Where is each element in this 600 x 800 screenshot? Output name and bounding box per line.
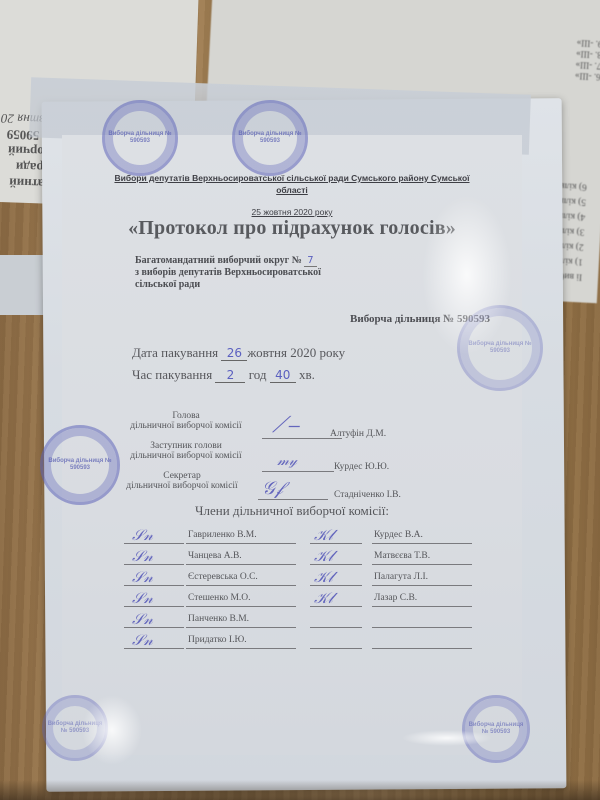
member-name: Палагута Л.І. <box>374 572 428 582</box>
role-title: Голова <box>106 411 266 421</box>
member-name: Чанцева А.В. <box>188 551 242 561</box>
bg-side-item: 6. -Ш» <box>575 70 600 82</box>
member-signature: 𝒦𝓁 <box>314 568 333 586</box>
election-date: 25 жовтня 2020 року <box>62 207 522 217</box>
role-subtitle: дільничної виборчої комісії <box>102 481 262 491</box>
member-signature: 𝒮𝓃 <box>132 547 153 565</box>
member-name: Гавриленко В.М. <box>188 530 257 540</box>
name-line <box>186 585 296 586</box>
protocol-cover-page: Вибори депутатів Верхньосироватської сіл… <box>62 135 522 755</box>
district-line2: з виборів депутатів Верхньосироватської <box>135 267 321 279</box>
signature-deputy: 𝓂𝓎 <box>277 453 297 469</box>
stamp-text: Виборча дільниця № 590593 <box>45 721 105 735</box>
member-name: Придатко І.Ю. <box>188 635 247 645</box>
packing-time-label: Час пакування <box>132 367 212 382</box>
members-title: Члени дільничної виборчої комісії: <box>62 503 522 519</box>
official-name-chair: Алтуфін Д.М. <box>330 429 386 439</box>
desk-shadow <box>0 780 600 800</box>
bg-right-side-list: 6. -Ш» 7. -Ш» 8. -Ш» 9. -Ш» <box>575 37 600 82</box>
official-stamp: Виборча дільниця № 590593 <box>40 425 120 505</box>
packing-date-day: 26 <box>221 346 247 361</box>
name-line <box>372 543 472 544</box>
name-line <box>186 627 296 628</box>
official-role-chair: Голова дільничної виборчої комісії <box>106 411 266 431</box>
name-line <box>372 648 472 649</box>
official-role-deputy: Заступник голови дільничної виборчої ком… <box>106 441 266 461</box>
official-name-deputy: Курдес Ю.Ю. <box>334 462 389 472</box>
stamp-text: Виборча дільниця № 590593 <box>460 341 540 355</box>
packing-minutes: 40 <box>270 368 296 383</box>
member-signature: 𝒮𝓃 <box>132 610 153 628</box>
name-line <box>372 585 472 586</box>
packing-date-rest: жовтня 2020 року <box>247 345 345 360</box>
official-role-secretary: Секретар дільничної виборчої комісії <box>102 471 262 491</box>
signature-line <box>258 499 328 500</box>
district-block: Багатомандатний виборчий округ № 7 з виб… <box>135 255 321 291</box>
official-stamp: Виборча дільниця № 590593 <box>42 695 108 761</box>
signature-line <box>310 627 362 628</box>
official-name-secretary: Стадніченко І.В. <box>334 490 401 500</box>
role-subtitle: дільничної виборчої комісії <box>106 451 266 461</box>
district-number: 7 <box>304 255 316 267</box>
role-title: Секретар <box>102 471 262 481</box>
official-stamp: Виборча дільниця № 590593 <box>462 695 530 763</box>
role-title: Заступник голови <box>106 441 266 451</box>
member-signature: 𝒦𝓁 <box>314 526 333 544</box>
member-signature: 𝒮𝓃 <box>132 589 153 607</box>
document-title: «Протокол про підрахунок голосів» <box>62 217 522 240</box>
name-line <box>372 564 472 565</box>
name-line <box>186 606 296 607</box>
stamp-text: Виборча дільниця № 590593 <box>105 131 175 145</box>
name-line <box>186 648 296 649</box>
official-stamp: Виборча дільниця № 590593 <box>457 305 543 391</box>
member-name: Матвєєва Т.В. <box>374 551 430 561</box>
member-signature: 𝒦𝓁 <box>314 589 333 607</box>
packing-minutes-unit: хв. <box>299 367 315 382</box>
signature-line <box>262 471 334 472</box>
packing-time: Час пакування 2 год 40 хв. <box>132 367 315 383</box>
member-signature: 𝒮𝓃 <box>132 568 153 586</box>
member-name: Єстеревська О.С. <box>188 572 258 582</box>
member-signature: 𝒮𝓃 <box>132 631 153 649</box>
signature-chair: ⟋⎯ <box>272 413 298 438</box>
role-subtitle: дільничної виборчої комісії <box>106 421 266 431</box>
packing-hours: 2 <box>215 368 245 383</box>
district-label: Багатомандатний виборчий округ № <box>135 255 302 266</box>
official-stamp: Виборча дільниця № 590593 <box>102 100 178 176</box>
bg-side-item: 9. -Ш» <box>577 37 600 49</box>
district-line3: сільської ради <box>135 279 321 291</box>
signature-line <box>310 648 362 649</box>
signature-secretary: 𝒢𝒻 <box>262 478 283 499</box>
packing-date-label: Дата пакування <box>132 345 218 360</box>
packing-hours-unit: год <box>249 367 267 382</box>
member-name: Курдес В.А. <box>374 530 423 540</box>
stamp-text: Виборча дільниця № 590593 <box>235 131 305 145</box>
member-name: Панченко В.М. <box>188 614 249 624</box>
name-line <box>372 627 472 628</box>
name-line <box>186 543 296 544</box>
member-signature: 𝒦𝓁 <box>314 547 333 565</box>
name-line <box>186 564 296 565</box>
member-signature: 𝒮𝓃 <box>132 526 153 544</box>
election-header-region: області <box>62 185 522 195</box>
official-stamp: Виборча дільниця № 590593 <box>232 100 308 176</box>
bg-side-item: 8. -Ш» <box>576 48 600 60</box>
member-name: Стешенко М.О. <box>188 593 251 603</box>
packing-date: Дата пакування 26жовтня 2020 року <box>132 345 345 361</box>
stamp-text: Виборча дільниця № 590593 <box>465 722 527 736</box>
bg-side-item: 7. -Ш» <box>575 59 600 71</box>
member-name: Лазар С.В. <box>374 593 417 603</box>
name-line <box>372 606 472 607</box>
stamp-text: Виборча дільниця № 590593 <box>43 458 117 472</box>
